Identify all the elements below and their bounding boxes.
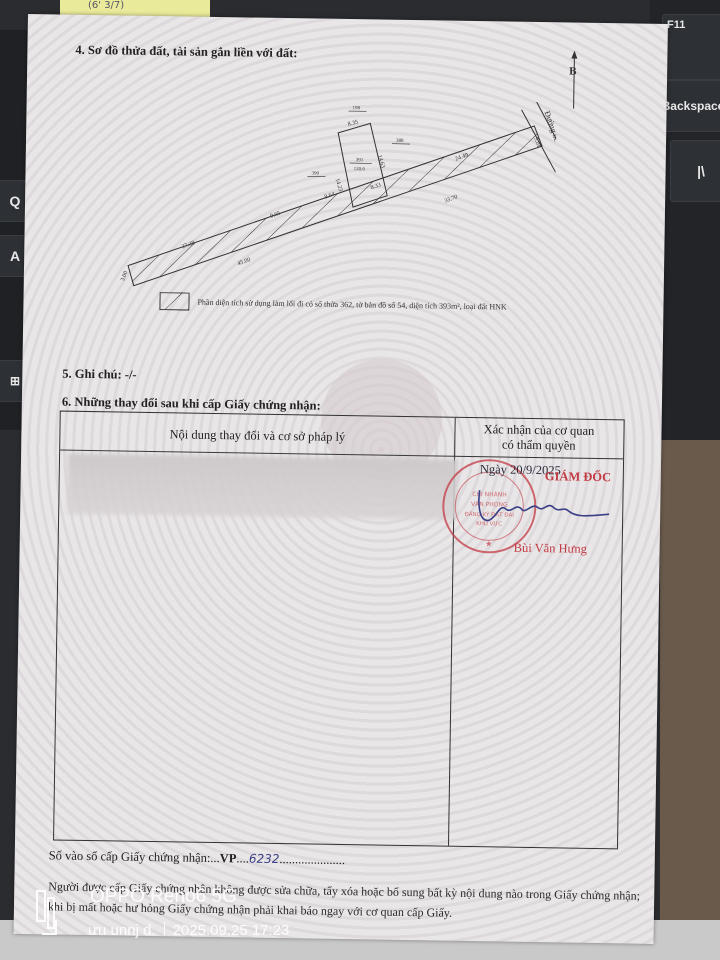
neighbor-top: 198 [353, 106, 361, 111]
parcel-diagram: Đường bê tông 5.01 8.35 14.23 14.63 391 … [114, 95, 557, 302]
changes-table: Nội dung thay đổi và cơ sở pháp lý Xác n… [53, 411, 625, 850]
svg-text:★: ★ [485, 539, 492, 548]
register-label: Số vào sổ cấp Giấy chứng nhận:... [49, 848, 220, 865]
header-line-2: có thẩm quyền [454, 437, 623, 455]
north-label: B [569, 66, 577, 78]
road-label: Đường bê tông [543, 110, 557, 158]
hatch-legend-icon [159, 292, 189, 310]
photo-meta: ưu unnj d.2025.09.25 17:23 [88, 922, 289, 939]
land-certificate-page: 4. Sơ đồ thửa đất, tài sản gắn liền với … [14, 14, 668, 944]
signature-icon [459, 480, 610, 532]
key-backslash: |\ [670, 140, 720, 202]
neighbor-right: 388 [396, 139, 404, 144]
signer-name: Bùi Văn Hưng [514, 541, 587, 557]
edge-left-end: 3.00 [120, 270, 129, 282]
photo-timestamp: 2025.09.25 17:23 [173, 922, 290, 939]
redacted-change-content [67, 454, 458, 520]
separator [164, 922, 165, 936]
access-path-strip [128, 120, 543, 292]
parcel-right-side: 14.63 [376, 154, 386, 169]
key-label: Q [10, 193, 21, 209]
legend-text: Phần diện tích sử dụng làm lối đi có số … [197, 297, 506, 311]
desk-surface [660, 440, 720, 960]
sticky-note-text: (6' 3/7) [88, 0, 124, 11]
column-header-changes: Nội dung thay đổi và cơ sở pháp lý [60, 426, 454, 447]
north-arrow-icon: B [567, 50, 582, 110]
camera-model: OPPO Reno6 5G [90, 886, 237, 908]
parcel-left-side: 14.23 [334, 178, 344, 193]
camera-brand-icon [36, 890, 60, 936]
parcel-top-side: 8.35 [347, 119, 359, 128]
register-number-line: Số vào sổ cấp Giấy chứng nhận:...VP....6… [49, 848, 346, 868]
key-label: A [10, 248, 20, 264]
register-number: 6232 [249, 852, 280, 866]
edge-bottom-1: 45.00 [237, 257, 252, 267]
register-prefix: VP [220, 851, 237, 865]
edge-bottom-2: 33.70 [444, 194, 459, 204]
photo-location: ưu unnj d. [88, 922, 156, 939]
parcel-area: 120.6 [354, 167, 366, 172]
section-4-title: 4. Sơ đồ thửa đất, tài sản gắn liền với … [75, 43, 297, 61]
parcel-number: 391 [356, 158, 364, 163]
key-f11: F11 [662, 14, 720, 80]
neighbor-left: 390 [311, 171, 319, 176]
section-5-title: 5. Ghi chú: -/- [62, 367, 137, 383]
key-label: ⊞ [10, 374, 20, 388]
key-label: Backspace [662, 99, 720, 113]
key-label: F11 [667, 19, 685, 31]
column-header-confirmation: Xác nhận của cơ quan có thẩm quyền [454, 422, 623, 455]
key-label: |\ [697, 163, 705, 179]
